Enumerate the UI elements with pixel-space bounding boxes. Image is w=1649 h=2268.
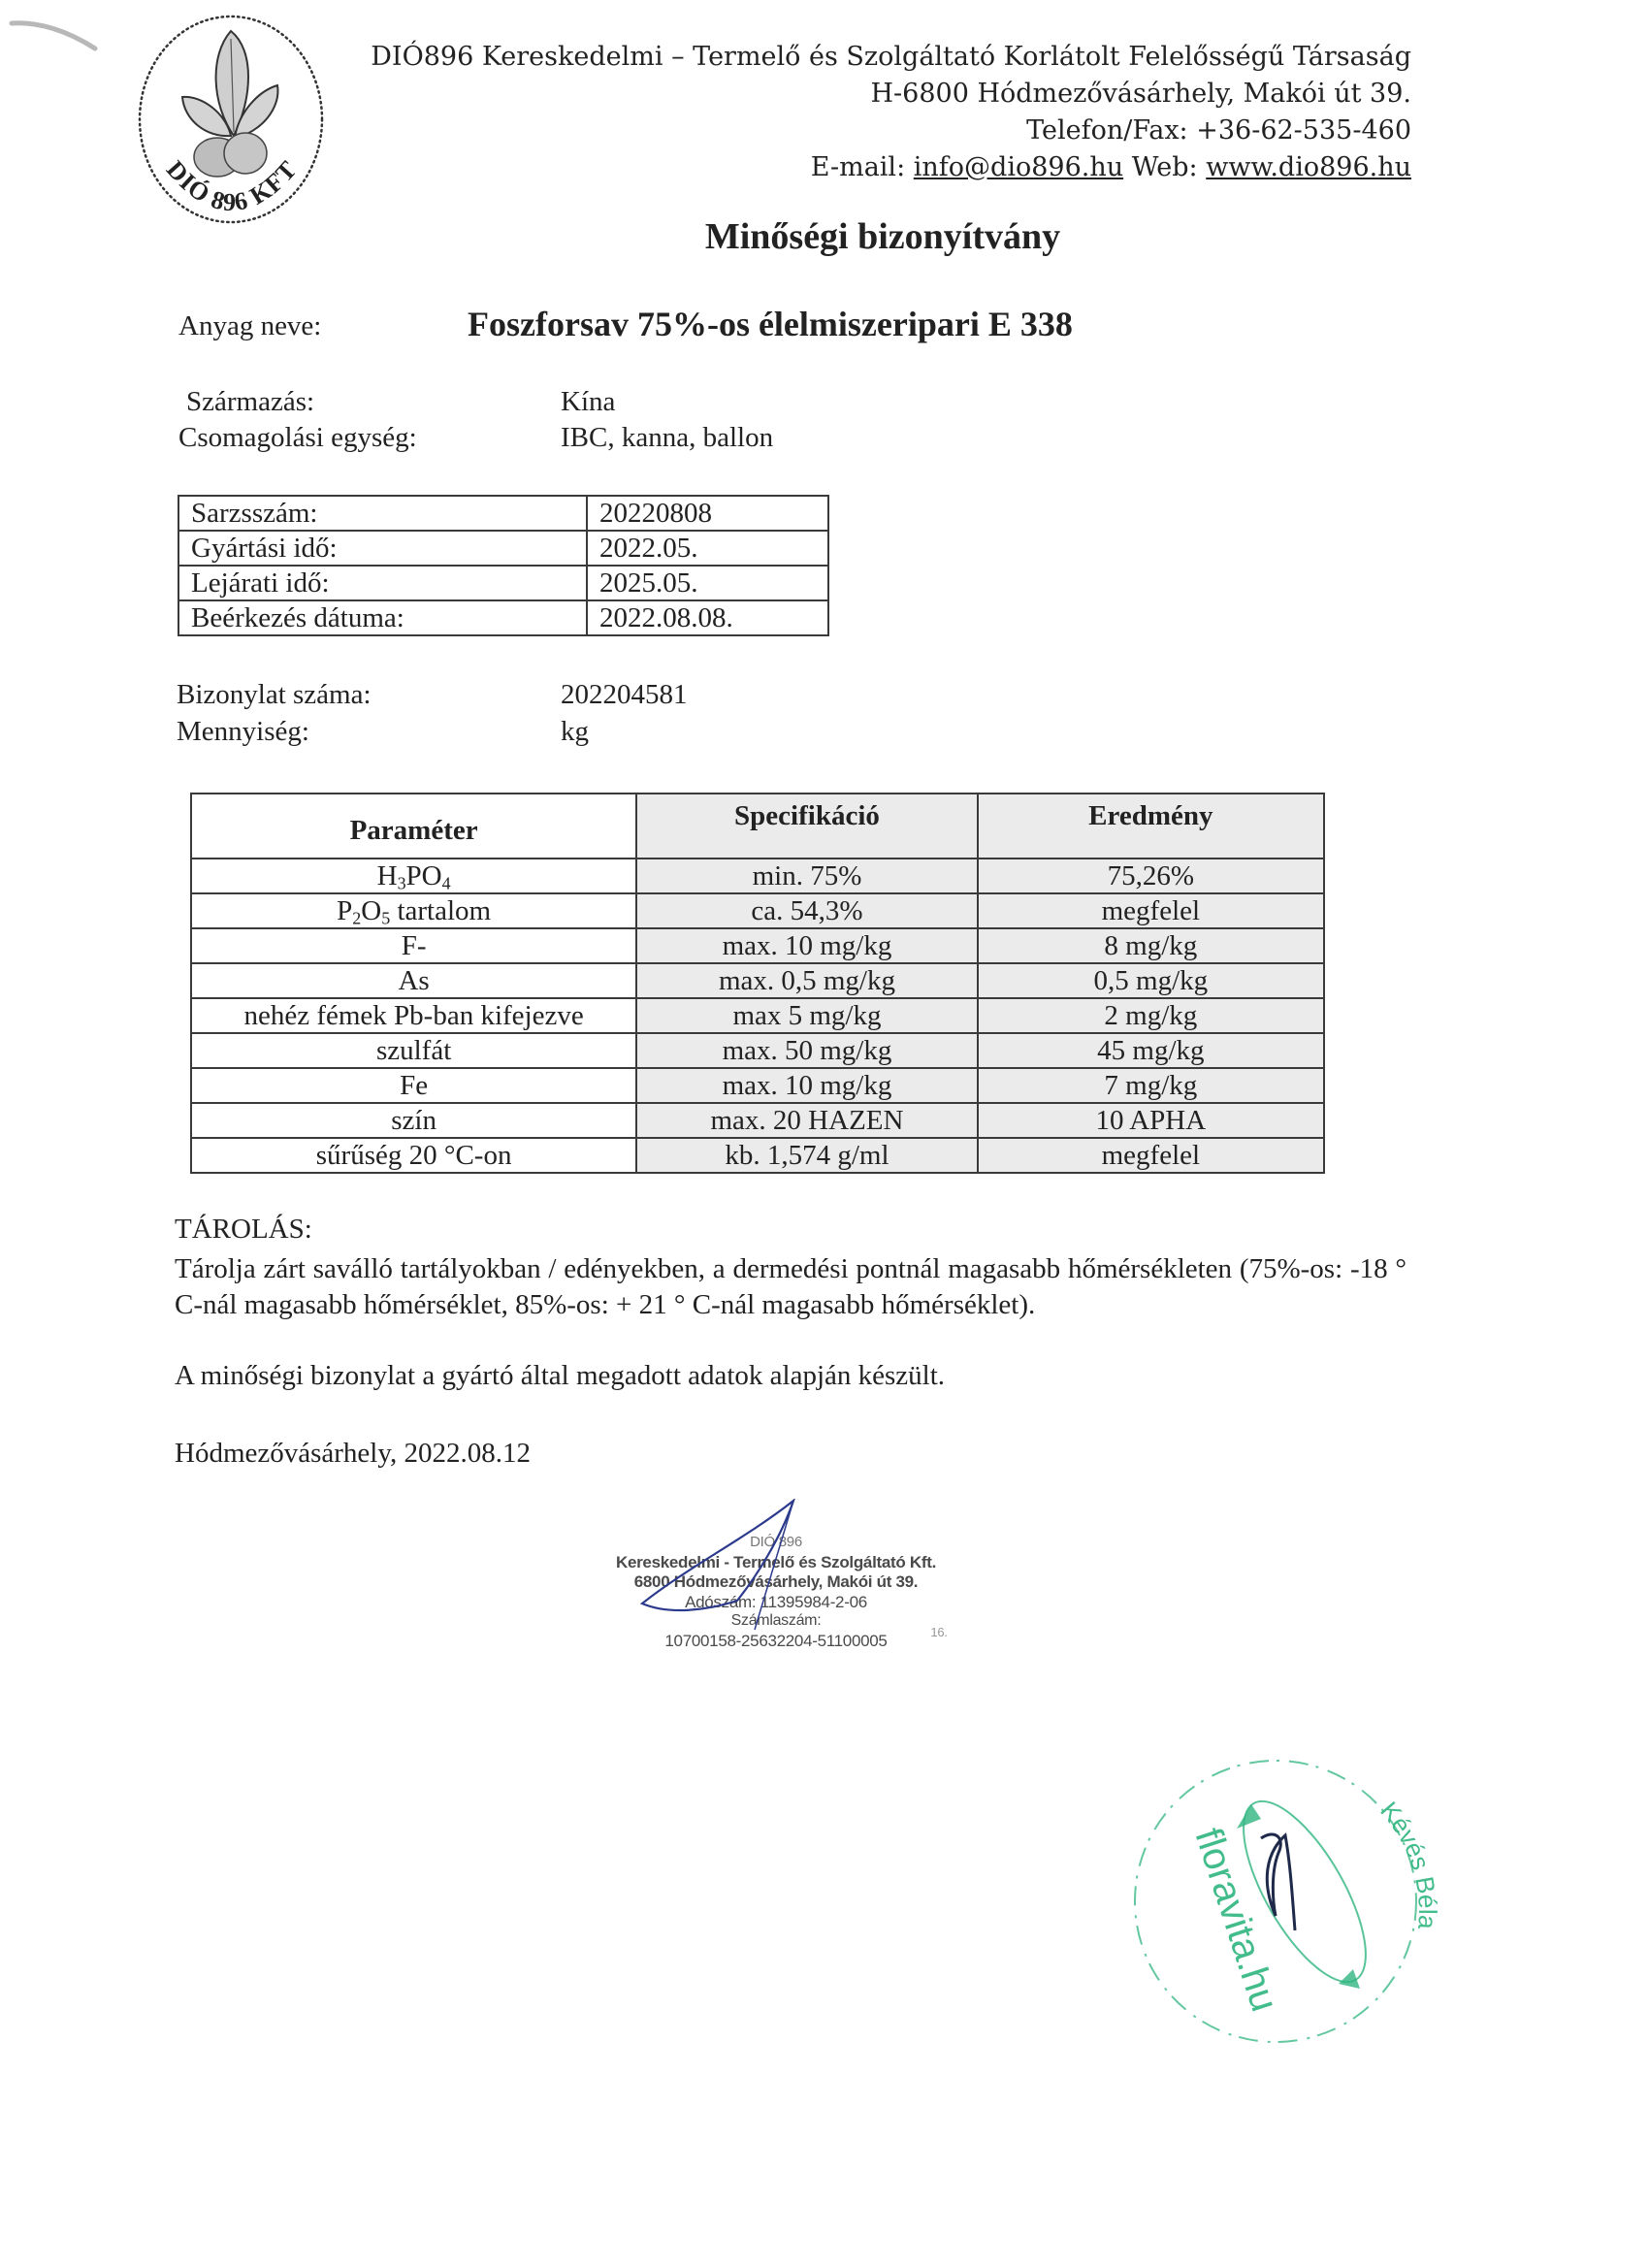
walnut-leaf-icon: DIÓ 896 KFT bbox=[134, 12, 328, 227]
material-label: Anyag neve: bbox=[178, 310, 321, 342]
production-date-value: 2022.05. bbox=[587, 531, 828, 566]
param-result: megfelel bbox=[978, 1138, 1324, 1173]
param-name: P2O5 tartalom bbox=[191, 893, 636, 928]
company-contact: E-mail: info@dio896.hu Web: www.dio896.h… bbox=[371, 149, 1411, 186]
param-spec: ca. 54,3% bbox=[636, 893, 978, 928]
table-row: sűrűség 20 °C-onkb. 1,574 g/mlmegfelel bbox=[191, 1138, 1324, 1173]
table-row: F-max. 10 mg/kg8 mg/kg bbox=[191, 928, 1324, 963]
web-link[interactable]: www.dio896.hu bbox=[1206, 152, 1411, 182]
param-name: sűrűség 20 °C-on bbox=[191, 1138, 636, 1173]
table-row: színmax. 20 HAZEN10 APHA bbox=[191, 1103, 1324, 1138]
parameter-table-body: H3PO4min. 75%75,26%P2O5 tartalomca. 54,3… bbox=[191, 859, 1324, 1173]
param-name: szulfát bbox=[191, 1033, 636, 1068]
company-name: DIÓ896 Kereskedelmi – Termelő és Szolgál… bbox=[371, 39, 1411, 76]
param-result: 2 mg/kg bbox=[978, 998, 1324, 1033]
param-name: As bbox=[191, 963, 636, 998]
storage-text: Tárolja zárt saválló tartályokban / edén… bbox=[175, 1251, 1406, 1323]
parameter-table: Paraméter Specifikáció Eredmény H3PO4min… bbox=[190, 793, 1325, 1174]
param-name: szín bbox=[191, 1103, 636, 1138]
param-spec: max. 50 mg/kg bbox=[636, 1033, 978, 1068]
document-title: Minőségi bizonyítvány bbox=[705, 216, 1060, 257]
email-link[interactable]: info@dio896.hu bbox=[914, 152, 1123, 182]
material-value: Foszforsav 75%-os élelmiszeripari E 338 bbox=[468, 304, 1073, 344]
param-spec: max. 10 mg/kg bbox=[636, 1068, 978, 1103]
stamp-main-text: floravita.hu bbox=[1186, 1823, 1285, 2017]
signature-icon bbox=[582, 1499, 970, 1664]
table-row: Asmax. 0,5 mg/kg0,5 mg/kg bbox=[191, 963, 1324, 998]
param-spec: min. 75% bbox=[636, 859, 978, 893]
origin-label: Származás: bbox=[186, 386, 314, 418]
param-spec: max. 10 mg/kg bbox=[636, 928, 978, 963]
param-result: 10 APHA bbox=[978, 1103, 1324, 1138]
batch-number-value: 20220808 bbox=[587, 496, 828, 531]
table-row: Gyártási idő: 2022.05. bbox=[178, 531, 828, 566]
param-name: H3PO4 bbox=[191, 859, 636, 893]
storage-heading: TÁROLÁS: bbox=[175, 1214, 312, 1246]
doc-number-value: 202204581 bbox=[561, 679, 688, 711]
email-label: E-mail: bbox=[811, 152, 905, 182]
quantity-value: kg bbox=[561, 716, 589, 748]
quantity-label: Mennyiség: bbox=[177, 716, 309, 748]
arrival-date-label: Beérkezés dátuma: bbox=[178, 600, 587, 635]
company-phone: Telefon/Fax: +36-62-535-460 bbox=[371, 113, 1411, 149]
packaging-value: IBC, kanna, ballon bbox=[561, 422, 773, 454]
param-name: nehéz fémek Pb-ban kifejezve bbox=[191, 998, 636, 1033]
company-address: H-6800 Hódmezővásárhely, Makói út 39. bbox=[371, 76, 1411, 113]
param-name: F- bbox=[191, 928, 636, 963]
param-result: 8 mg/kg bbox=[978, 928, 1324, 963]
param-spec: max. 0,5 mg/kg bbox=[636, 963, 978, 998]
param-spec: max. 20 HAZEN bbox=[636, 1103, 978, 1138]
doc-number-label: Bizonylat száma: bbox=[177, 679, 372, 711]
header-specification: Specifikáció bbox=[636, 794, 978, 859]
production-date-label: Gyártási idő: bbox=[178, 531, 587, 566]
basis-statement: A minőségi bizonylat a gyártó által mega… bbox=[175, 1360, 945, 1392]
param-spec: kb. 1,574 g/ml bbox=[636, 1138, 978, 1173]
param-result: 75,26% bbox=[978, 859, 1324, 893]
expiry-date-value: 2025.05. bbox=[587, 566, 828, 600]
expiry-date-label: Lejárati idő: bbox=[178, 566, 587, 600]
arrival-date-value: 2022.08.08. bbox=[587, 600, 828, 635]
table-row: Lejárati idő: 2025.05. bbox=[178, 566, 828, 600]
scan-artifact-mark bbox=[0, 10, 107, 58]
table-row: szulfátmax. 50 mg/kg45 mg/kg bbox=[191, 1033, 1324, 1068]
document-title-wrap: Minőségi bizonyítvány bbox=[0, 215, 1649, 258]
company-header: DIÓ896 Kereskedelmi – Termelő és Szolgál… bbox=[371, 39, 1411, 186]
param-result: megfelel bbox=[978, 893, 1324, 928]
param-name: Fe bbox=[191, 1068, 636, 1103]
table-row: nehéz fémek Pb-ban kifejezvemax 5 mg/kg2… bbox=[191, 998, 1324, 1033]
place-date: Hódmezővásárhely, 2022.08.12 bbox=[175, 1438, 531, 1470]
table-row: P2O5 tartalomca. 54,3%megfelel bbox=[191, 893, 1324, 928]
table-row: Sarzsszám: 20220808 bbox=[178, 496, 828, 531]
table-row: Beérkezés dátuma: 2022.08.08. bbox=[178, 600, 828, 635]
param-result: 45 mg/kg bbox=[978, 1033, 1324, 1068]
table-row: H3PO4min. 75%75,26% bbox=[191, 859, 1324, 893]
header-result: Eredmény bbox=[978, 794, 1324, 859]
table-header-row: Paraméter Specifikáció Eredmény bbox=[191, 794, 1324, 859]
param-result: 0,5 mg/kg bbox=[978, 963, 1324, 998]
packaging-label: Csomagolási egység: bbox=[178, 422, 417, 454]
param-result: 7 mg/kg bbox=[978, 1068, 1324, 1103]
floravita-stamp: Kévés Béla Kft. floravita.hu bbox=[1106, 1746, 1445, 2066]
param-spec: max 5 mg/kg bbox=[636, 998, 978, 1033]
batch-info-table: Sarzsszám: 20220808 Gyártási idő: 2022.0… bbox=[178, 495, 829, 636]
origin-value: Kína bbox=[561, 386, 615, 418]
company-logo: DIÓ 896 KFT bbox=[134, 12, 328, 227]
table-row: Femax. 10 mg/kg7 mg/kg bbox=[191, 1068, 1324, 1103]
header-parameter: Paraméter bbox=[191, 794, 636, 859]
batch-number-label: Sarzsszám: bbox=[178, 496, 587, 531]
web-label: Web: bbox=[1132, 152, 1198, 182]
